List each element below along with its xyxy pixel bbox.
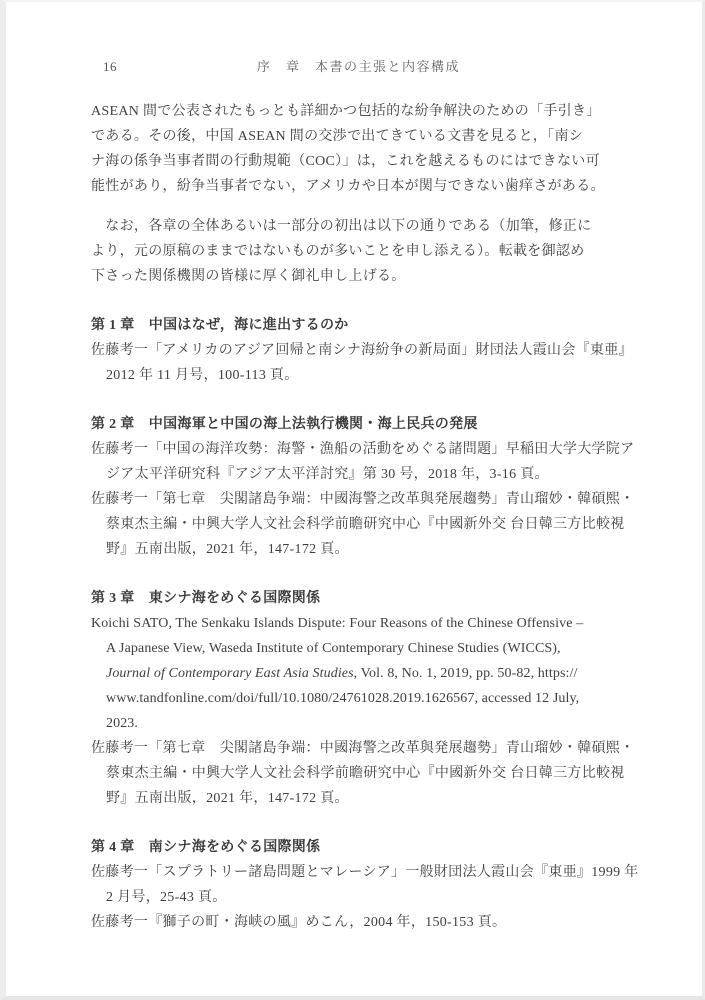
chapter-2-section: 第 2 章 中国海軍と中国の海上法執行機関・海上民兵の発展 佐藤考一「中国の海洋… — [91, 412, 626, 562]
text-line: より，元の原稿のままではないものが多いことを申し添える）。転載を御認め — [91, 239, 626, 264]
text-line: 佐藤考一「アメリカのアジア回帰と南シナ海紛争の新局面」財団法人霞山会『東亜』 — [91, 338, 626, 363]
text-line: 佐藤考一「第七章 尖閣諸島争端：中國海警之改革與発展趨勢」青山瑠妙・韓碩熙・ — [91, 487, 626, 512]
intro-paragraph-1: ASEAN 間で公表されたもっとも詳細かつ包括的な紛争解決のための「手引き」 で… — [91, 99, 626, 199]
text-line: www.tandfonline.com/doi/full/10.1080/247… — [91, 686, 626, 711]
reference-entry: 佐藤考一『獅子の町・海峡の風』めこん，2004 年，150-153 頁。 — [91, 910, 626, 935]
book-page: 16 序 章 本書の主張と内容構成 ASEAN 間で公表されたもっとも詳細かつ包… — [0, 0, 705, 1000]
text-line: 2012 年 11 月号，100-113 頁。 — [91, 363, 626, 388]
reference-entry: 佐藤考一「スプラトリー諸島問題とマレーシア」一般財団法人霞山会『東亜』1999 … — [91, 860, 626, 910]
reference-entry: 佐藤考一「中国の海洋攻勢：海警・漁船の活動をめぐる諸問題」早稲田大学大学院ア ジ… — [91, 437, 626, 487]
text-line: なお，各章の全体あるいは一部分の初出は以下の通りである（加筆，修正に — [91, 214, 626, 239]
running-header: 16 序 章 本書の主張と内容構成 — [91, 2, 626, 75]
text-line: ジア太平洋研究科『アジア太平洋討究』第 30 号，2018 年，3-16 頁。 — [91, 462, 626, 487]
text-line: 野』五南出版，2021 年，147-172 頁。 — [91, 786, 626, 811]
reference-entry: 佐藤考一「第七章 尖閣諸島争端：中國海警之改革與発展趨勢」青山瑠妙・韓碩熙・ 蔡… — [91, 736, 626, 811]
text-line: Koichi SATO, The Senkaku Islands Dispute… — [91, 611, 626, 636]
text-line: ナ海の係争当事者間の行動規範（COC）」は，これを越えるものにはできない可 — [91, 149, 626, 174]
text-line: A Japanese View, Waseda Institute of Con… — [91, 636, 626, 661]
running-title: 序 章 本書の主張と内容構成 — [257, 59, 460, 74]
chapter-3-section: 第 3 章 東シナ海をめぐる国際関係 Koichi SATO, The Senk… — [91, 586, 626, 811]
chapter-4-section: 第 4 章 南シナ海をめぐる国際関係 佐藤考一「スプラトリー諸島問題とマレーシア… — [91, 835, 626, 935]
text-line: Journal of Contemporary East Asia Studie… — [91, 661, 626, 686]
intro-paragraph-2: なお，各章の全体あるいは一部分の初出は以下の通りである（加筆，修正に より，元の… — [91, 214, 626, 289]
text-line: 佐藤考一『獅子の町・海峡の風』めこん，2004 年，150-153 頁。 — [91, 910, 626, 935]
page-number: 16 — [103, 59, 117, 75]
text-line: である。その後，中国 ASEAN 間の交渉で出てきている文書を見ると，「南シ — [91, 124, 626, 149]
text-line: 蔡東杰主編・中興大学人文社会科学前瞻研究中心『中國新外交 台日韓三方比較視 — [91, 761, 626, 786]
chapter-2-heading: 第 2 章 中国海軍と中国の海上法執行機関・海上民兵の発展 — [91, 412, 626, 437]
journal-title: Journal of Contemporary East Asia Studie… — [106, 666, 354, 681]
text-line: 能性があり，紛争当事者でない，アメリカや日本が関与できない歯痒さがある。 — [91, 174, 626, 199]
text-fragment: , Vol. 8, No. 1, 2019, pp. 50-82, https:… — [354, 666, 578, 681]
body-text: ASEAN 間で公表されたもっとも詳細かつ包括的な紛争解決のための「手引き」 で… — [91, 99, 626, 935]
chapter-3-heading: 第 3 章 東シナ海をめぐる国際関係 — [91, 586, 626, 611]
text-line: ASEAN 間で公表されたもっとも詳細かつ包括的な紛争解決のための「手引き」 — [91, 99, 626, 124]
text-line: 野』五南出版，2021 年，147-172 頁。 — [91, 537, 626, 562]
reference-entry: Koichi SATO, The Senkaku Islands Dispute… — [91, 611, 626, 736]
text-line: 佐藤考一「中国の海洋攻勢：海警・漁船の活動をめぐる諸問題」早稲田大学大学院ア — [91, 437, 626, 462]
page-content: 16 序 章 本書の主張と内容構成 ASEAN 間で公表されたもっとも詳細かつ包… — [6, 2, 702, 935]
chapter-1-section: 第 1 章 中国はなぜ，海に進出するのか 佐藤考一「アメリカのアジア回帰と南シナ… — [91, 313, 626, 388]
reference-entry: 佐藤考一「アメリカのアジア回帰と南シナ海紛争の新局面」財団法人霞山会『東亜』 2… — [91, 338, 626, 388]
text-line: 2 月号，25-43 頁。 — [91, 885, 626, 910]
chapter-4-heading: 第 4 章 南シナ海をめぐる国際関係 — [91, 835, 626, 860]
text-line: 2023. — [91, 711, 626, 736]
text-line: 下さった関係機関の皆様に厚く御礼申し上げる。 — [91, 264, 626, 289]
chapter-1-heading: 第 1 章 中国はなぜ，海に進出するのか — [91, 313, 626, 338]
reference-entry: 佐藤考一「第七章 尖閣諸島争端：中國海警之改革與発展趨勢」青山瑠妙・韓碩熙・ 蔡… — [91, 487, 626, 562]
text-line: 佐藤考一「スプラトリー諸島問題とマレーシア」一般財団法人霞山会『東亜』1999 … — [91, 860, 626, 885]
text-line: 佐藤考一「第七章 尖閣諸島争端：中國海警之改革與発展趨勢」青山瑠妙・韓碩熙・ — [91, 736, 626, 761]
text-line: 蔡東杰主編・中興大学人文社会科学前瞻研究中心『中國新外交 台日韓三方比較視 — [91, 512, 626, 537]
